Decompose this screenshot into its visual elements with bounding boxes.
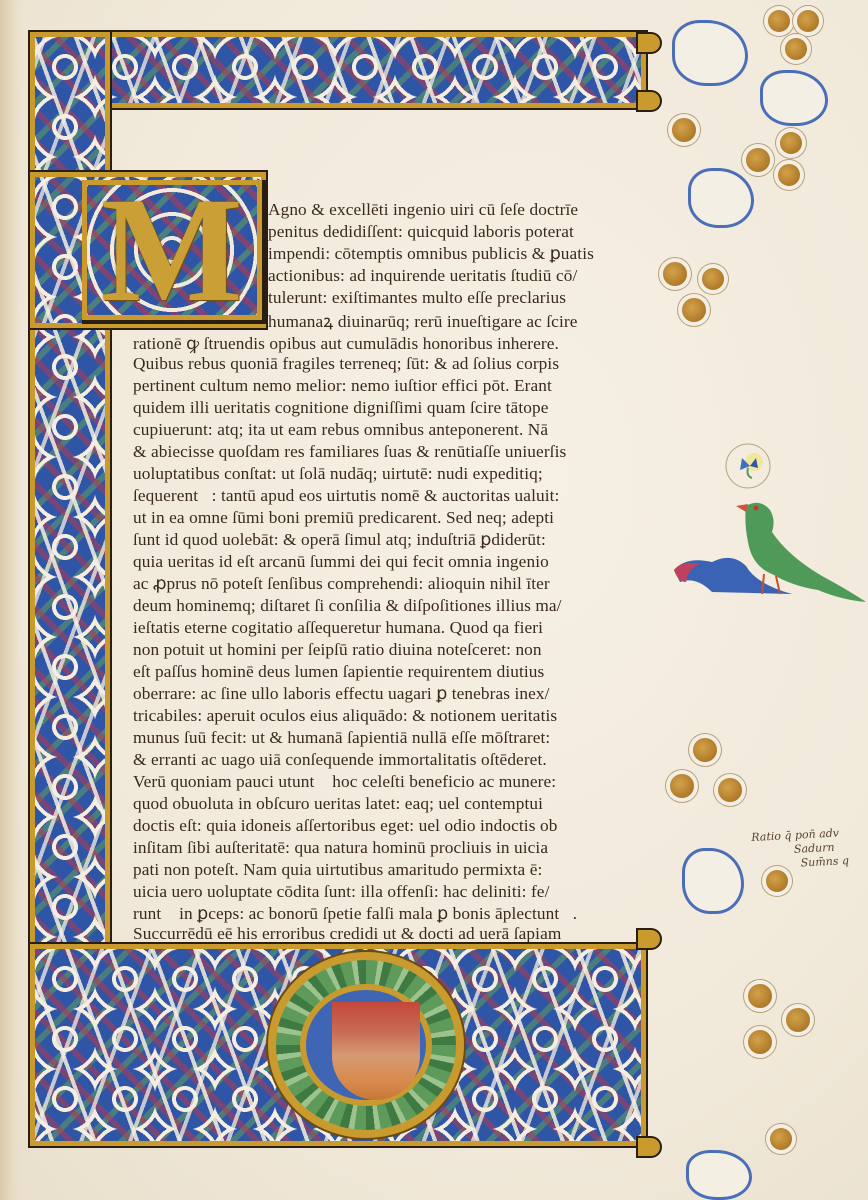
text-line: cupiuerunt: atq; ita ut eam rebus omnibu… [133,420,548,440]
frame-terminal-upper [638,92,660,110]
border-top-panel [30,32,646,108]
gold-bezant [702,268,724,290]
text-line: rationē ꝙ ſtruendis opibus aut cumulādis… [133,332,559,355]
floral-spray-bottom [686,1150,752,1200]
text-line: eſt paſſus hominē deus lumen ſapientie r… [133,662,544,682]
manuscript-page: M Agno & excellēti ingenio uiri cū ſeſe … [0,0,868,1200]
floral-spray-lower [682,848,744,914]
gold-bezant [785,38,807,60]
initial-letter: M [87,175,257,325]
illuminated-initial-m: M [82,180,262,320]
laurel-wreath [276,960,456,1130]
text-line: oberrare: ac ſine ullo laboris effectu u… [133,684,550,704]
floral-spray-mid [760,70,828,126]
gold-bezant [718,778,742,802]
heraldic-shield [332,1002,420,1100]
text-line: inſitam ſibi auſteritatē: qua natura hom… [133,838,548,858]
text-line: doctis eſt: quia idoneis aſſertoribus eg… [133,816,557,836]
frame-terminal-top [638,34,660,52]
gold-bezant [693,738,717,762]
text-line: Quibus rebus quoniā fragiles terreneq; ſ… [133,354,559,374]
text-line: uicia uero uoluptate cōdita ſunt: illa o… [133,882,549,902]
floral-spray-stem [688,168,754,228]
text-line: deum hominemq; diſtaret ſi conſilia & di… [133,596,562,616]
butterfly-roundel [722,440,774,492]
text-line: uoluptatibus conſtat: ut ſolā nudāq; uir… [133,464,543,484]
text-line: tulerunt: exiſtimantes multo eſſe precla… [268,288,566,308]
text-line: ſequerentᷓ: tantū apud eos uirtutis nomē… [133,486,559,506]
gold-bezant [766,870,788,892]
gold-bezant [748,984,772,1008]
marginal-annotation: Ratio q̄ pon̄ adv Sadurn Sum̄ns q [751,825,868,873]
green-bird [672,490,868,610]
text-line: quidem illi ueritatis cognitione digniſſ… [133,398,548,418]
text-line: & erranti ac uago uiā conſequende immort… [133,750,547,770]
gold-bezant [797,10,819,32]
gold-bezant [770,1128,792,1150]
gold-bezant [663,262,687,286]
gold-bezant [748,1030,772,1054]
text-line: quia ueritas id eſt arcanū ſummi dei qui… [133,552,549,572]
text-line: ut in ea omne ſūmi boni premiū predicare… [133,508,554,528]
gold-bezant [786,1008,810,1032]
text-line: munus ſuū fecit: ut & humanā ſapientiā n… [133,728,550,748]
text-line: ſunt id quod uolebāt: & operā ſimul atq;… [133,530,546,550]
text-line: penitus dedidiſſent: quicquid laboris po… [268,222,574,242]
text-line: ac ꝓprus nō poteſt ſenſibus comprehendi:… [133,574,550,594]
text-line: Succurrēdū eē his erroribus credidi ut &… [133,924,561,944]
coat-of-arms-roundel [268,952,464,1138]
gold-bezant [768,10,790,32]
text-line: pertinent cultum nemo melior: nemo iuſti… [133,376,552,396]
gold-bezant [682,298,706,322]
gold-bezant [778,164,800,186]
gold-bezant [670,774,694,798]
text-line: humanaꝝ diuinarūq; rerū inueſtigare ac ſ… [268,310,577,333]
text-line: impendi: cōtemptis omnibus publicis & ꝑu… [268,244,594,264]
text-line: pati non poteſt. Nam quia uirtutibus ama… [133,860,542,880]
text-line: quod obuoluta in obſcuro ueritas latet: … [133,794,543,814]
page-gutter-edge [0,0,22,1200]
text-line: & abiecisse quoſdam res familiares ſuas … [133,442,566,462]
text-line: non potuit ut homini per ſeipſū ratio di… [133,640,542,660]
gold-bezant [672,118,696,142]
text-line: Verū quoniam pauci utuntᷓ hoc celeſti be… [133,772,556,792]
floral-spray-top [672,20,748,86]
text-line: actionibus: ad inquirende ueritatis ſtud… [268,266,577,286]
gold-bezant [746,148,770,172]
text-line: Agno & excellēti ingenio uiri cū ſeſe do… [268,200,578,220]
frame-terminal-lower [638,930,660,948]
gold-bezant [780,132,802,154]
text-line: ieſtatis eterne cogitatio aſſequeretur h… [133,618,543,638]
frame-terminal-bottom [638,1138,660,1156]
text-line: tricabiles: aperuit oculos eius aliquādo… [133,706,557,726]
text-line: runtᷓ in ꝑceps: ac bonorū ſpetie falſi m… [133,904,577,924]
